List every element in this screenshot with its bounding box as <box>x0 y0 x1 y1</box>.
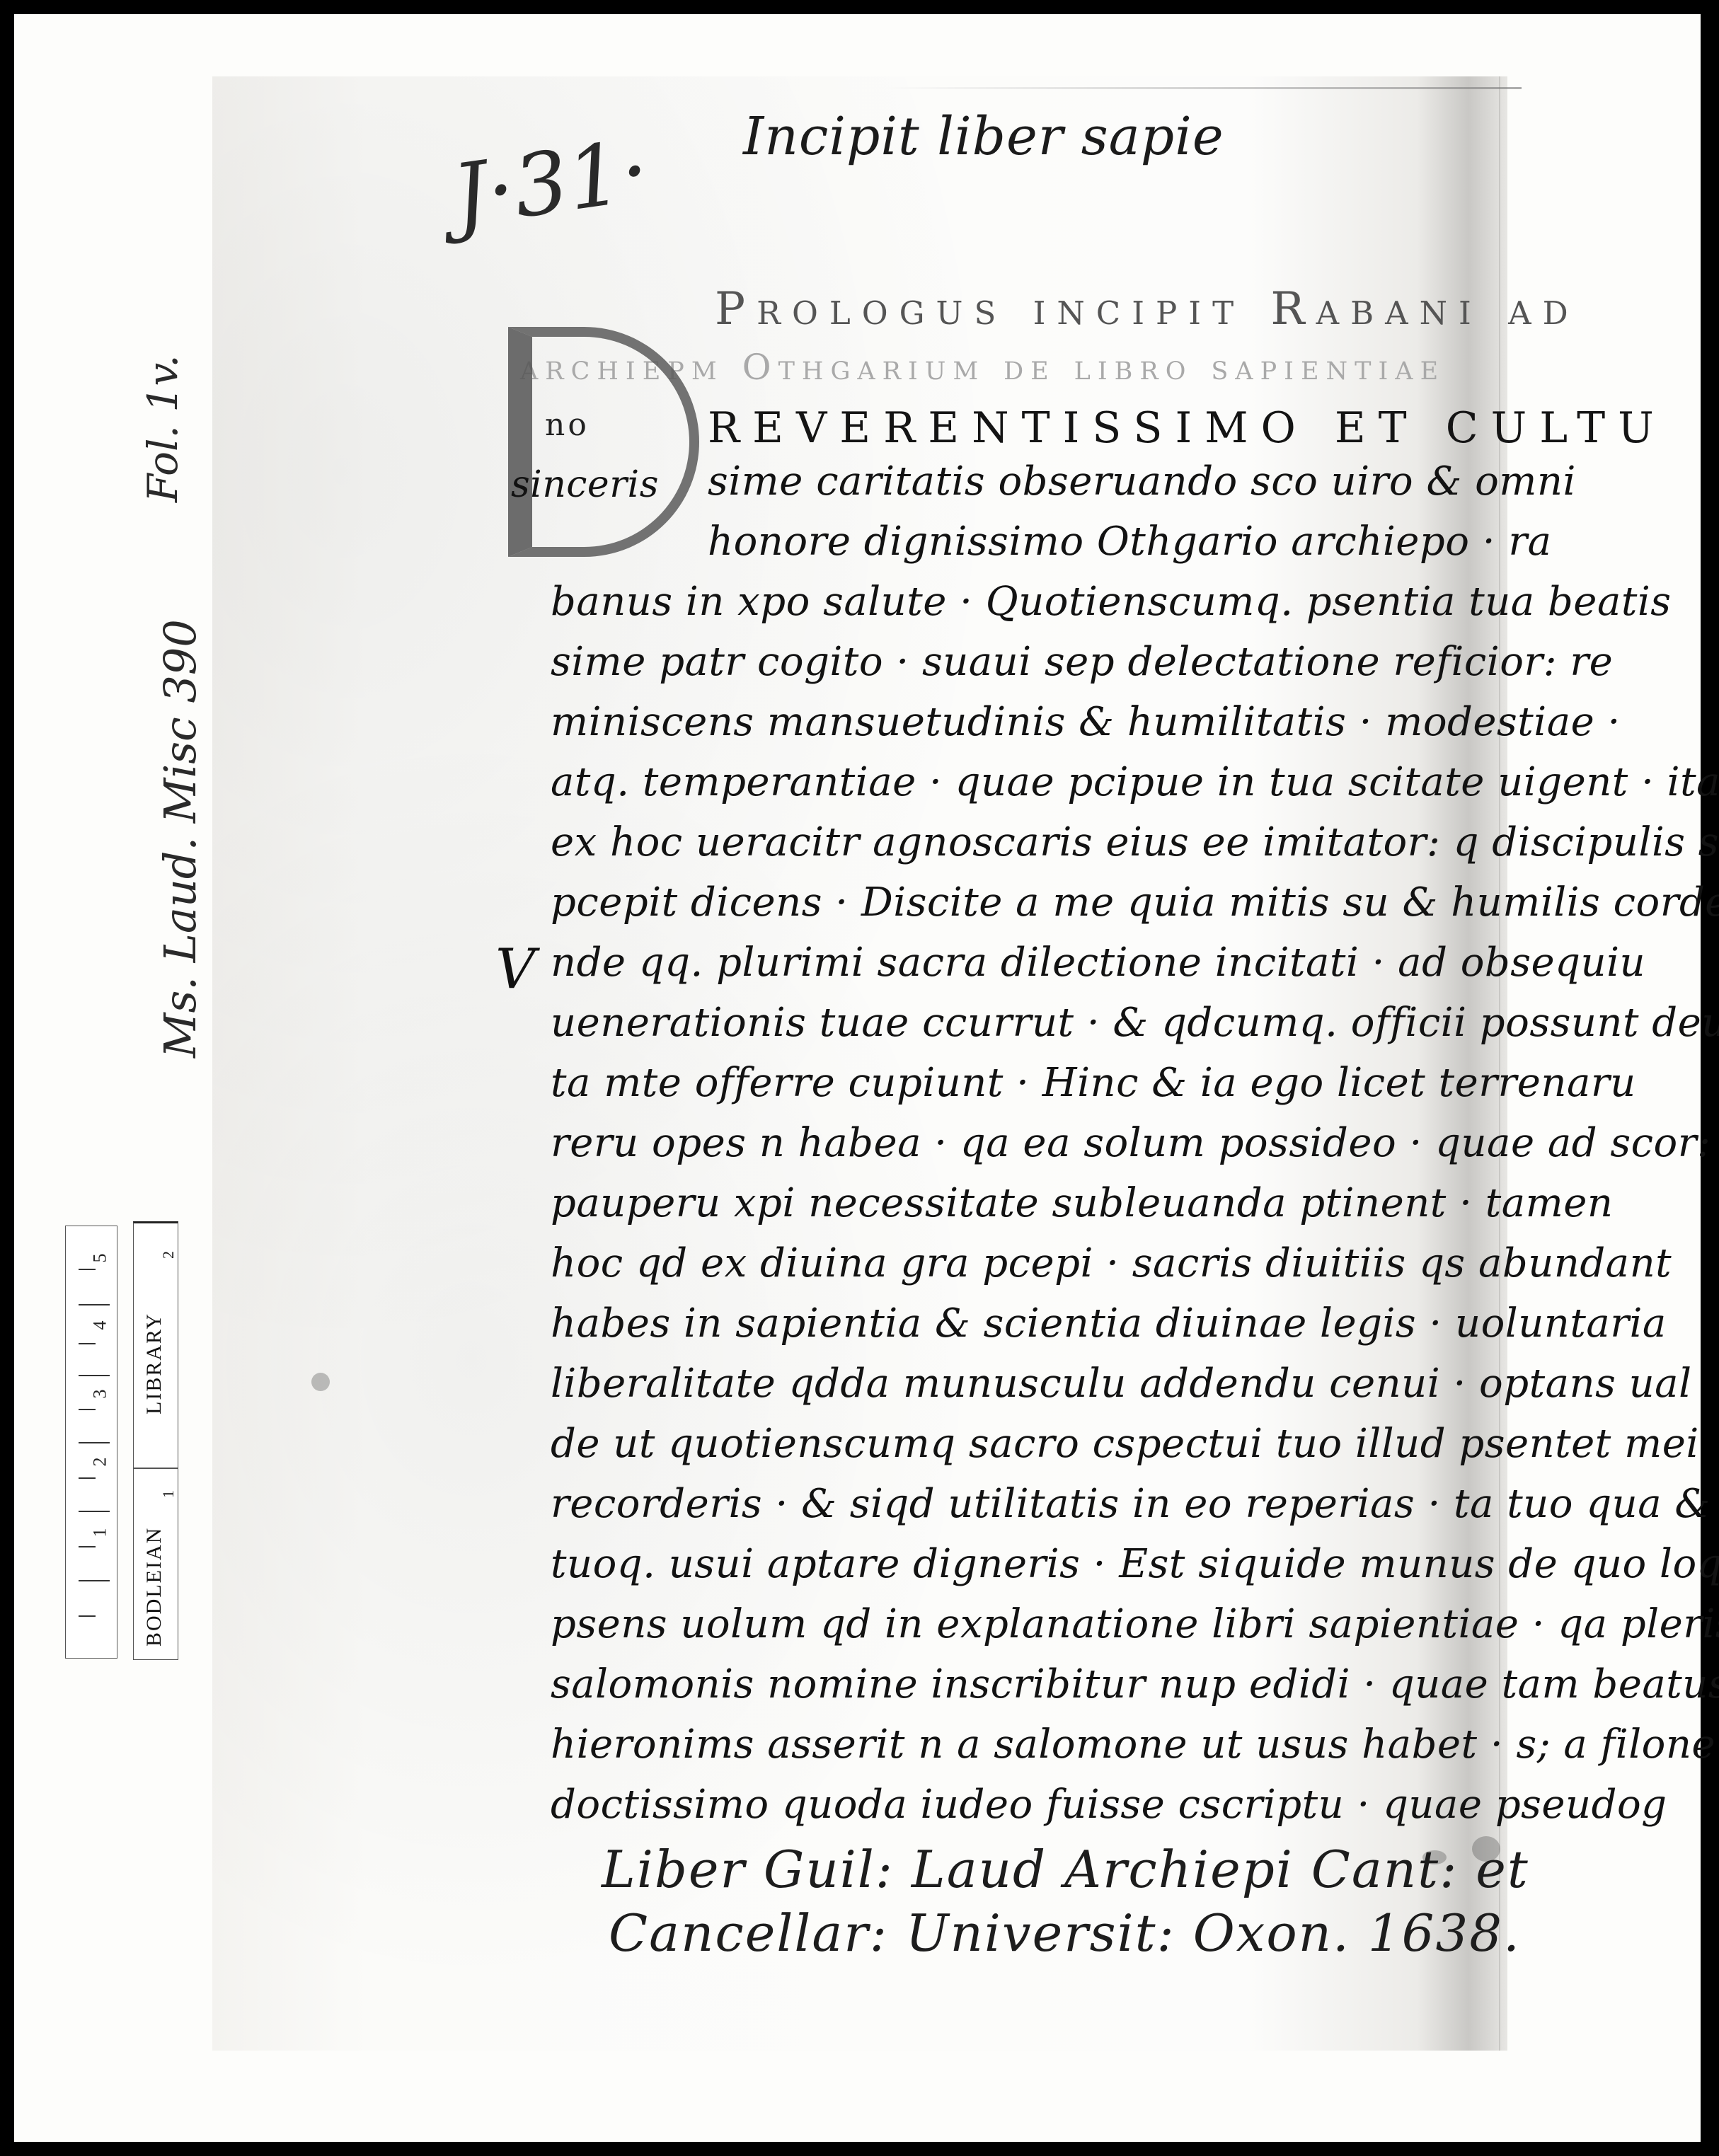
text-line: doctissimo quoda iudeo fuisse cscriptu ·… <box>551 1782 1667 1828</box>
text-line: ex hoc ueracitr agnoscaris eius ee imita… <box>551 819 1719 865</box>
text-line: nde qq. plurimi sacra dilectione incitat… <box>551 940 1645 986</box>
ruler-tick <box>79 1442 110 1443</box>
text-line: pauperu xpi necessitate subleuanda ptine… <box>551 1180 1613 1226</box>
incipit-note: Incipit liber sapie <box>743 106 1224 167</box>
ex-libris-line-1: Liber Guil: Laud Archiepi Cant: et <box>602 1840 1529 1899</box>
ruler-tick <box>79 1477 96 1479</box>
ruler-number: 5 <box>90 1254 111 1263</box>
ex-libris-line-2: Cancellar: Universit: Oxon. 1638. <box>609 1903 1521 1963</box>
ruler-label-library: LIBRARY <box>142 1313 166 1414</box>
text-line: pcepit dicens · Discite a me quia mitis … <box>551 880 1719 926</box>
text-line: psens uolum qd in explanatione libri sap… <box>551 1601 1719 1647</box>
ruler-label-bodleian: BODLEIAN <box>142 1527 166 1647</box>
ruler-label-panel: LIBRARY BODLEIAN 2 1 <box>133 1221 178 1660</box>
text-line: atq. temperantiae · quae pcipue in tua s… <box>551 759 1719 805</box>
ruler-label-number: 1 <box>159 1489 178 1498</box>
ruler-tick <box>79 1375 110 1376</box>
text-line: sime patr cogito · suaui sep delectation… <box>551 639 1613 685</box>
text-line: ta mte offerre cupiunt · Hinc & ia ego l… <box>551 1060 1636 1106</box>
text-line: miniscens mansuetudinis & humilitatis · … <box>551 699 1621 745</box>
ruler-number: 3 <box>90 1390 111 1399</box>
initial-inner-text: no <box>545 407 590 443</box>
text-line: de ut quotienscumq sacro cspectui tuo il… <box>551 1421 1699 1467</box>
initial-inner-word: sinceris <box>511 463 659 506</box>
ruler-divider <box>134 1468 178 1469</box>
ruler-tick <box>79 1343 96 1344</box>
text-line: hoc qd ex diuina gra pcepi · sacris diui… <box>551 1240 1672 1286</box>
ruler-tick <box>79 1269 96 1270</box>
text-line: tuoq. usui aptare digneris · Est siquide… <box>551 1541 1719 1587</box>
leaf-top-edge <box>885 87 1522 89</box>
text-line: banus in xpo salute · Quotienscumq. psen… <box>551 579 1672 625</box>
text-line: liberalitate qdda munusculu addendu cenu… <box>551 1361 1691 1407</box>
text-line: habes in sapientia & scientia diuinae le… <box>551 1301 1667 1347</box>
ruler-tick <box>79 1580 110 1581</box>
ruler-tick <box>79 1409 96 1410</box>
bodleian-scale-ruler: 5 4 3 2 1 LIBRARY BODLEIAN 2 1 <box>65 1226 178 1657</box>
text-line: reru opes n habea · qa ea solum possideo… <box>551 1120 1719 1166</box>
text-line: uenerationis tuae ccurrut · & qdcumq. of… <box>551 1000 1719 1046</box>
ruler-number: 4 <box>90 1321 111 1330</box>
marginal-initial-v: V <box>495 938 535 1001</box>
ruler-label-number: 2 <box>159 1250 178 1259</box>
ruler-number: 2 <box>90 1458 111 1467</box>
rubric-line-1: Prologus incipit Rabani ad <box>715 283 1580 335</box>
ruler-tick <box>79 1304 110 1305</box>
ruler-number: 1 <box>90 1528 111 1538</box>
folio-annotation: Fol. 1v. <box>139 354 187 502</box>
ruler-tick <box>79 1615 96 1617</box>
text-line: honore dignissimo Othgario archiepo · ra <box>708 519 1552 565</box>
ruler-tick <box>79 1511 110 1512</box>
stain <box>311 1373 330 1391</box>
text-line: salomonis nomine inscribitur nup edidi ·… <box>551 1661 1719 1707</box>
text-line: recorderis · & siqd utilitatis in eo rep… <box>551 1481 1719 1527</box>
shelfmark-vertical: Ms. Laud. Misc 390 <box>154 619 206 1058</box>
text-line: sime caritatis obseruando sco uiro & omn… <box>708 459 1576 505</box>
text-line: hieronims asserit n a salomone ut usus h… <box>551 1722 1715 1768</box>
display-capitals-line: REVERENTISSIMO ET CULTU <box>708 403 1667 453</box>
ruler-cm-scale: 5 4 3 2 1 <box>65 1226 117 1659</box>
ruler-tick <box>79 1546 96 1547</box>
